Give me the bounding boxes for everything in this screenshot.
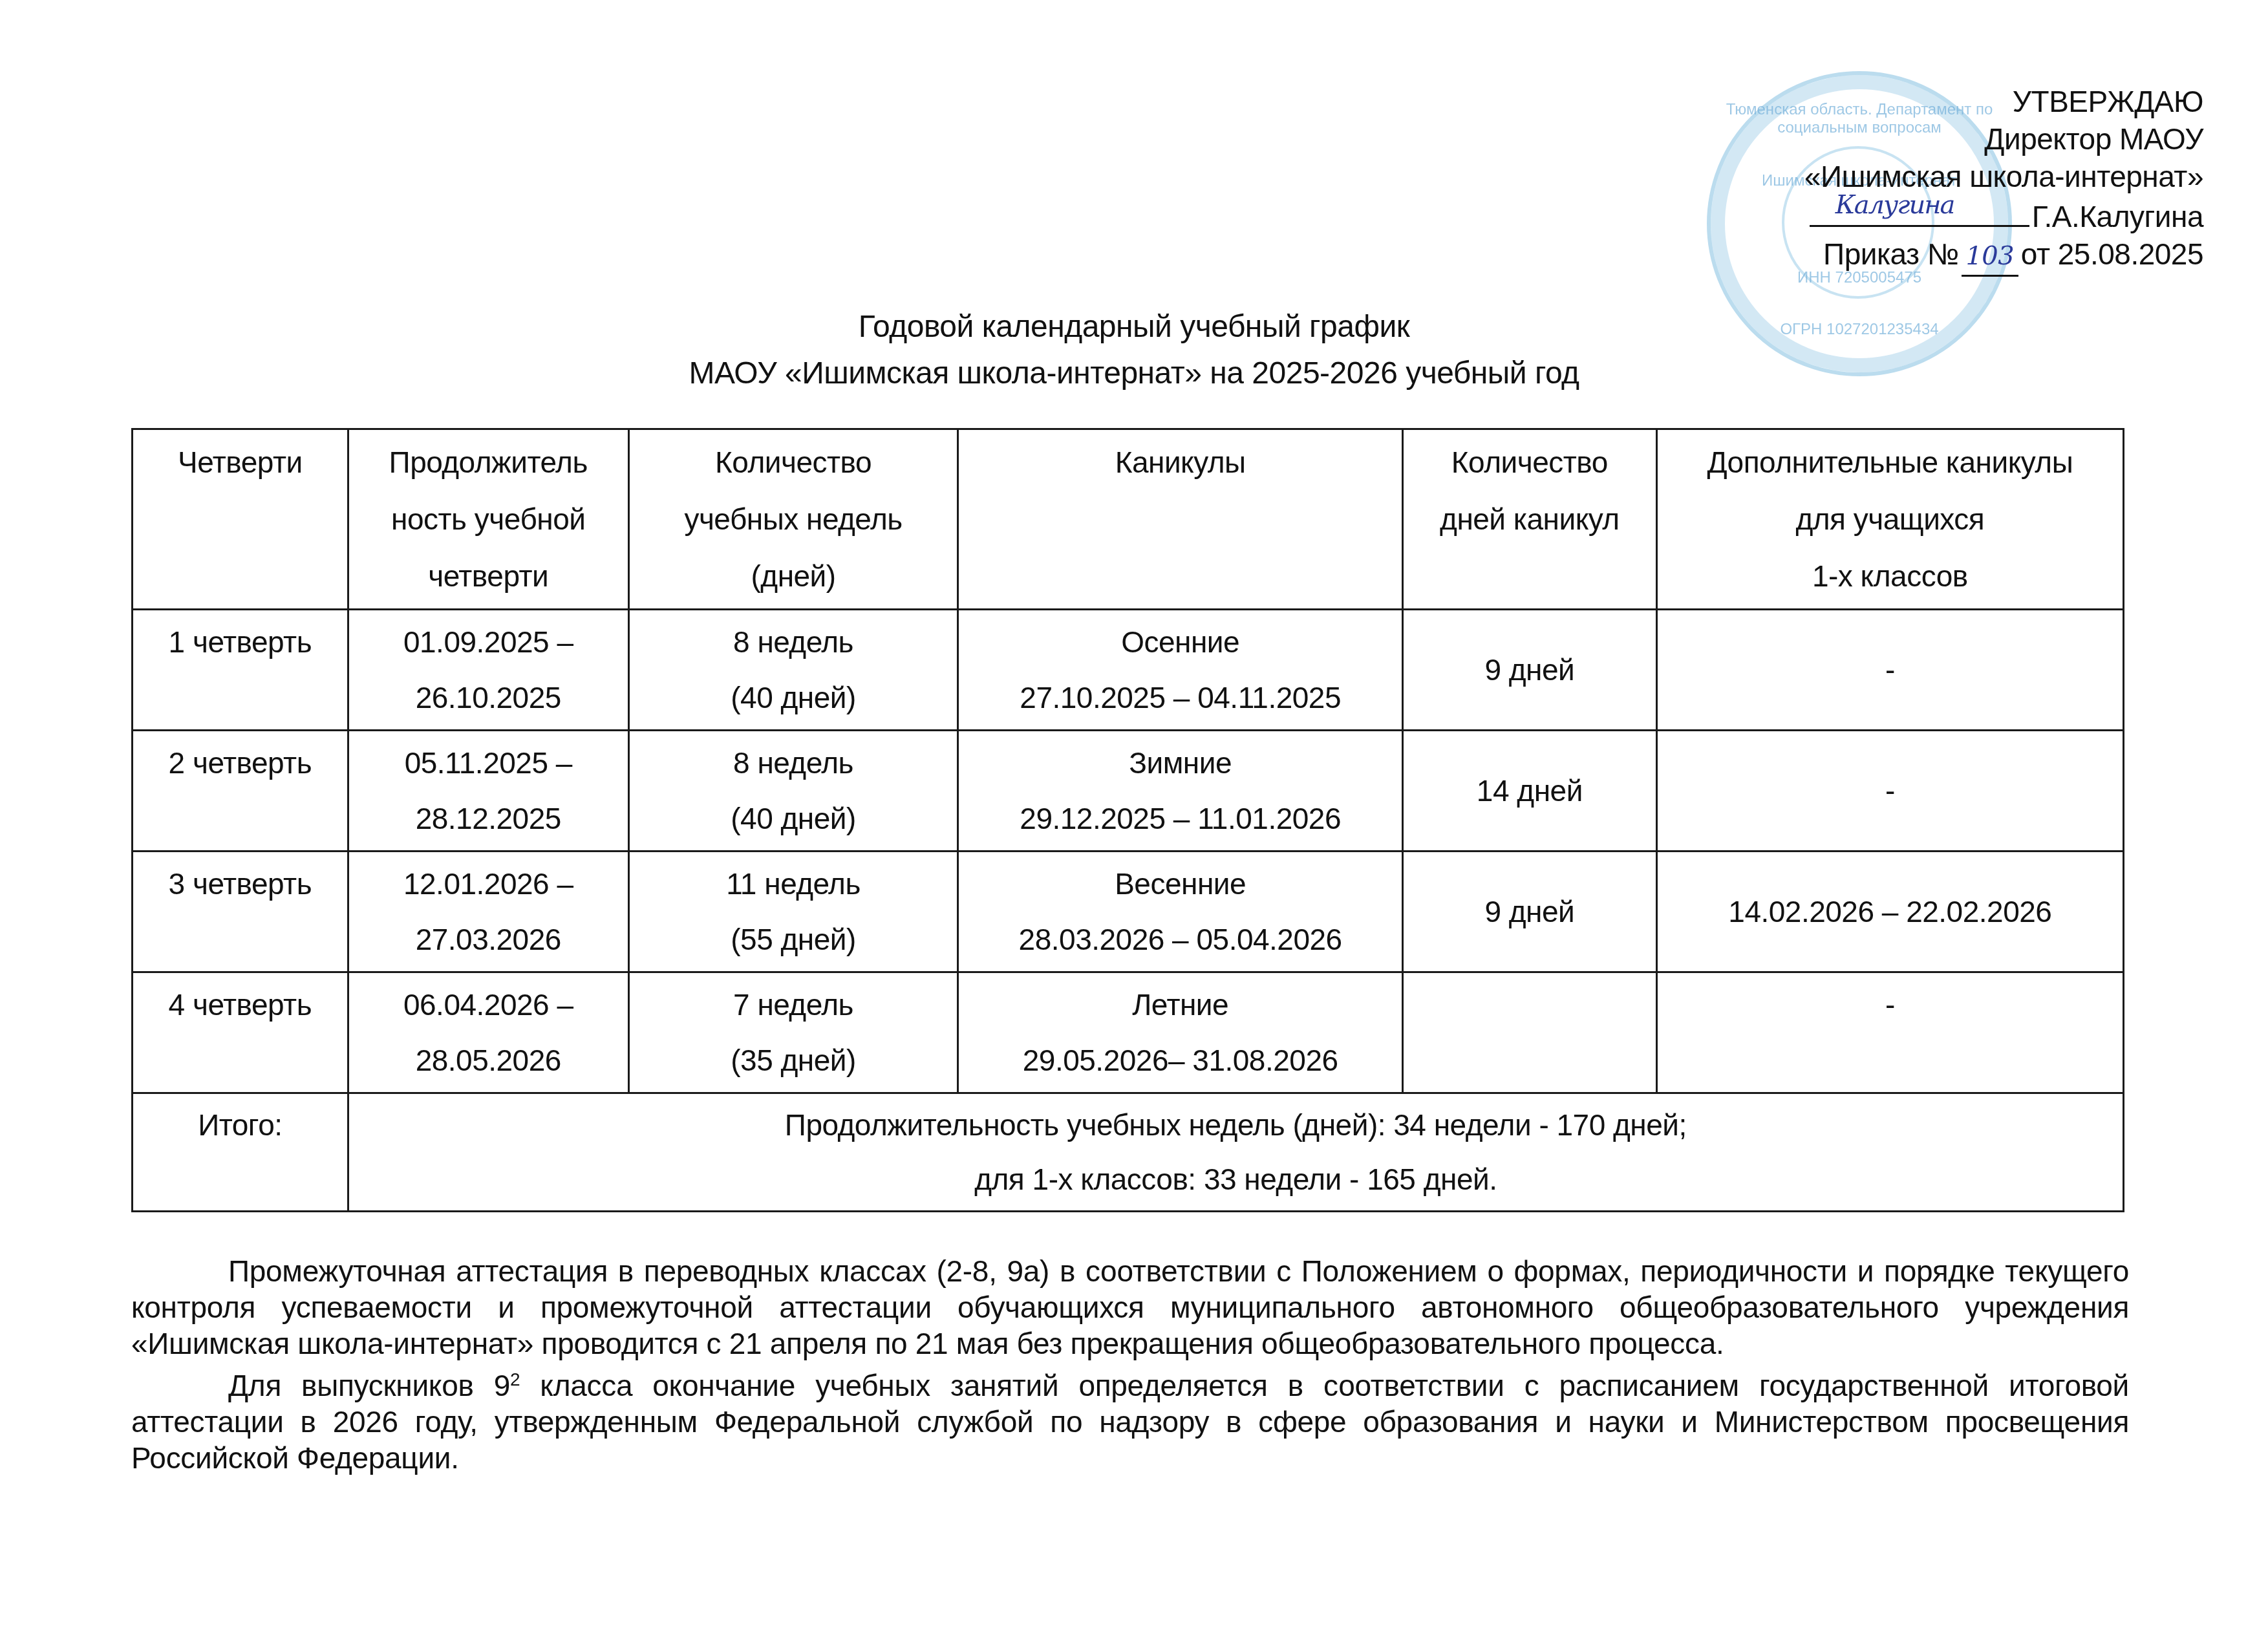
cell-weeks: 11 недель(55 дней) xyxy=(628,852,957,972)
document-page: Тюменская область. Департамент по социал… xyxy=(0,0,2268,1650)
cell-holiday-days: 9 дней xyxy=(1403,610,1657,731)
header-quarter-duration: Продолжительность учебнойчетверти xyxy=(348,429,628,610)
cell-quarter: 4 четверть xyxy=(133,972,348,1093)
cell-quarter: 1 четверть xyxy=(133,610,348,731)
cell-extra-holidays: - xyxy=(1656,610,2123,731)
approval-signature-line: КалугинаГ.А.Калугина xyxy=(1804,195,2203,235)
approval-position: Директор МАОУ xyxy=(1804,120,2203,158)
header-holiday-days: Количестводней каникул xyxy=(1403,429,1657,610)
cell-weeks: 8 недель(40 дней) xyxy=(628,731,957,852)
paragraph-graduates: Для выпускников 92 класса окончание учеб… xyxy=(131,1362,2129,1476)
header-holidays: Каникулы xyxy=(958,429,1403,610)
cell-weeks: 8 недель(40 дней) xyxy=(628,610,957,731)
title-line-1: Годовой календарный учебный график xyxy=(0,304,2268,350)
cell-holiday-days xyxy=(1403,972,1657,1093)
cell-quarter: 3 четверть xyxy=(133,852,348,972)
total-summary: Продолжительность учебных недель (дней):… xyxy=(348,1093,2123,1212)
cell-period: 05.11.2025 –28.12.2025 xyxy=(348,731,628,852)
header-weeks-count: Количествоучебных недель(дней) xyxy=(628,429,957,610)
cell-holiday: Осенние27.10.2025 – 04.11.2025 xyxy=(958,610,1403,731)
approval-heading: УТВЕРЖДАЮ xyxy=(1804,83,2203,120)
document-title: Годовой календарный учебный график МАОУ … xyxy=(0,304,2268,397)
order-prefix: Приказ № xyxy=(1823,237,1959,271)
table-row: 1 четверть 01.09.2025 –26.10.2025 8 неде… xyxy=(133,610,2124,731)
cell-period: 06.04.2026 –28.05.2026 xyxy=(348,972,628,1093)
cell-holiday-days: 9 дней xyxy=(1403,852,1657,972)
title-line-2: МАОУ «Ишимская школа-интернат» на 2025-2… xyxy=(0,350,2268,397)
cell-holiday: Весенние28.03.2026 – 05.04.2026 xyxy=(958,852,1403,972)
total-label: Итого: xyxy=(133,1093,348,1212)
total-line-1: Продолжительность учебных недель (дней):… xyxy=(356,1098,2116,1152)
total-line-2: для 1-х классов: 33 недели - 165 дней. xyxy=(356,1152,2116,1206)
cell-extra-holidays: - xyxy=(1656,731,2123,852)
approval-order-line: Приказ №103от 25.08.2025 xyxy=(1804,235,2203,277)
table-total-row: Итого: Продолжительность учебных недель … xyxy=(133,1093,2124,1212)
schedule-table: Четверти Продолжительность учебнойчетвер… xyxy=(131,428,2124,1212)
cell-weeks: 7 недель(35 дней) xyxy=(628,972,957,1093)
cell-extra-holidays: 14.02.2026 – 22.02.2026 xyxy=(1656,852,2123,972)
body-text: Промежуточная аттестация в переводных кл… xyxy=(131,1253,2129,1476)
header-quarters: Четверти xyxy=(133,429,348,610)
table-row: 4 четверть 06.04.2026 –28.05.2026 7 неде… xyxy=(133,972,2124,1093)
cell-quarter: 2 четверть xyxy=(133,731,348,852)
cell-period: 01.09.2025 –26.10.2025 xyxy=(348,610,628,731)
table-header-row: Четверти Продолжительность учебнойчетвер… xyxy=(133,429,2124,610)
cell-extra-holidays: - xyxy=(1656,972,2123,1093)
order-date: от 25.08.2025 xyxy=(2021,237,2203,271)
cell-holiday: Зимние29.12.2025 – 11.01.2026 xyxy=(958,731,1403,852)
order-number: 103 xyxy=(1962,237,2018,277)
signature-field: Калугина xyxy=(1810,195,2029,227)
table-row: 2 четверть 05.11.2025 –28.12.2025 8 неде… xyxy=(133,731,2124,852)
approval-signer: Г.А.Калугина xyxy=(2032,200,2203,233)
cell-holiday-days: 14 дней xyxy=(1403,731,1657,852)
paragraph-interim-attestation: Промежуточная аттестация в переводных кл… xyxy=(131,1253,2129,1362)
header-extra-holidays: Дополнительные каникулыдля учащихся1-х к… xyxy=(1656,429,2123,610)
superscript: 2 xyxy=(510,1369,520,1389)
handwritten-signature: Калугина xyxy=(1835,186,1954,224)
cell-period: 12.01.2026 –27.03.2026 xyxy=(348,852,628,972)
approval-block: УТВЕРЖДАЮ Директор МАОУ «Ишимская школа-… xyxy=(1804,83,2203,277)
cell-holiday: Летние29.05.2026– 31.08.2026 xyxy=(958,972,1403,1093)
table-row: 3 четверть 12.01.2026 –27.03.2026 11 нед… xyxy=(133,852,2124,972)
